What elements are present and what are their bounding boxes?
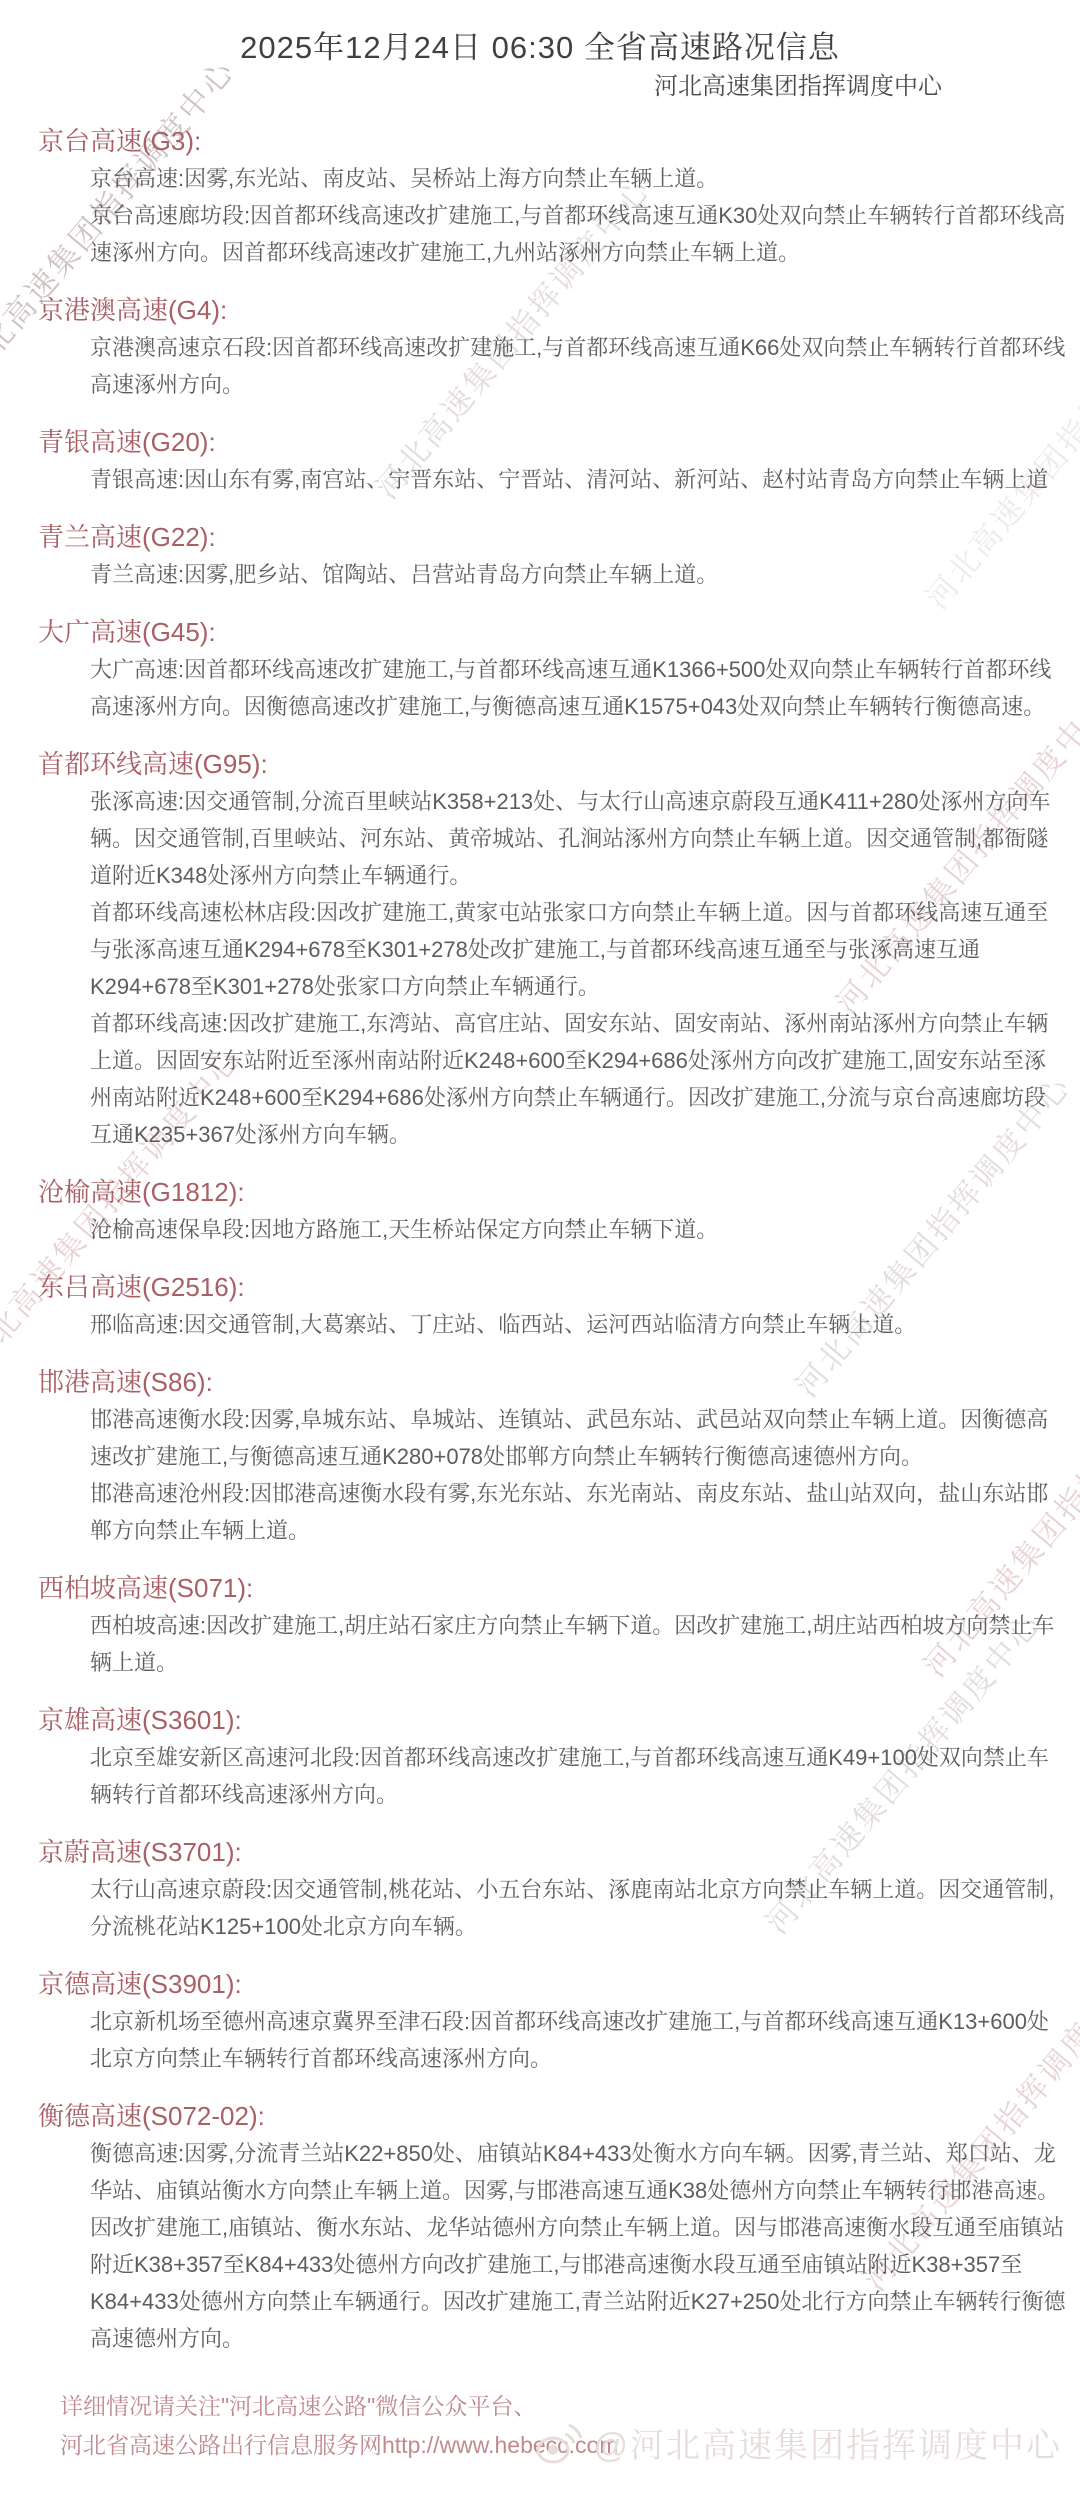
traffic-paragraph: 大广高速:因首都环线高速改扩建施工,与首都环线高速互通K1366+500处双向禁… (90, 651, 1066, 725)
weibo-credit-text: @河北高速集团指挥调度中心 (593, 2418, 1062, 2467)
highway-section: 沧榆高速(G1812): 沧榆高速保阜段:因地方路施工,天生桥站保定方向禁止车辆… (0, 1173, 1080, 1248)
highway-section: 京台高速(G3): 京台高速:因雾,东光站、南皮站、吴桥站上海方向禁止车辆上道。… (0, 122, 1080, 271)
traffic-paragraph: 京台高速廊坊段:因首都环线高速改扩建施工,与首都环线高速互通K30处双向禁止车辆… (90, 197, 1066, 271)
highway-heading: 西柏坡高速(S071): (38, 1569, 1080, 1607)
weibo-icon (533, 2420, 585, 2466)
traffic-paragraph: 邯港高速衡水段:因雾,阜城东站、阜城站、连镇站、武邑东站、武邑站双向禁止车辆上道… (90, 1401, 1066, 1475)
highway-heading: 沧榆高速(G1812): (38, 1173, 1080, 1211)
traffic-paragraph: 邢临高速:因交通管制,大葛寨站、丁庄站、临西站、运河西站临清方向禁止车辆上道。 (90, 1306, 1066, 1343)
highway-section: 邯港高速(S86): 邯港高速衡水段:因雾,阜城东站、阜城站、连镇站、武邑东站、… (0, 1363, 1080, 1549)
traffic-paragraph: 青银高速:因山东有雾,南宫站、宁晋东站、宁晋站、清河站、新河站、赵村站青岛方向禁… (90, 461, 1066, 498)
traffic-paragraph: 青兰高速:因雾,肥乡站、馆陶站、吕营站青岛方向禁止车辆上道。 (90, 556, 1066, 593)
highway-heading: 京雄高速(S3601): (38, 1701, 1080, 1739)
highway-section: 衡德高速(S072-02): 衡德高速:因雾,分流青兰站K22+850处、庙镇站… (0, 2097, 1080, 2357)
traffic-paragraph: 北京至雄安新区高速河北段:因首都环线高速改扩建施工,与首都环线高速互通K49+1… (90, 1739, 1066, 1813)
highway-heading: 大广高速(G45): (38, 613, 1080, 651)
traffic-paragraph: 京港澳高速京石段:因首都环线高速改扩建施工,与首都环线高速互通K66处双向禁止车… (90, 329, 1066, 403)
traffic-paragraph: 邯港高速沧州段:因邯港高速衡水段有雾,东光东站、东光南站、南皮东站、盐山站双向，… (90, 1475, 1066, 1549)
traffic-paragraph: 京台高速:因雾,东光站、南皮站、吴桥站上海方向禁止车辆上道。 (90, 160, 1066, 197)
highway-heading: 邯港高速(S86): (38, 1363, 1080, 1401)
issuer-name: 河北高速集团指挥调度中心 (0, 72, 1080, 102)
sections-container: 京台高速(G3): 京台高速:因雾,东光站、南皮站、吴桥站上海方向禁止车辆上道。… (0, 122, 1080, 2357)
highway-section: 西柏坡高速(S071): 西柏坡高速:因改扩建施工,胡庄站石家庄方向禁止车辆下道… (0, 1569, 1080, 1681)
bulletin-content: 2025年12月24日 06:30 全省高速路况信息 河北高速集团指挥调度中心 … (0, 0, 1080, 2465)
highway-heading: 东吕高速(G2516): (38, 1268, 1080, 1306)
weibo-credit: @河北高速集团指挥调度中心 (533, 2418, 1062, 2467)
traffic-paragraph: 西柏坡高速:因改扩建施工,胡庄站石家庄方向禁止车辆下道。因改扩建施工,胡庄站西柏… (90, 1607, 1066, 1681)
highway-section: 东吕高速(G2516): 邢临高速:因交通管制,大葛寨站、丁庄站、临西站、运河西… (0, 1268, 1080, 1343)
highway-heading: 衡德高速(S072-02): (38, 2097, 1080, 2135)
highway-heading: 青兰高速(G22): (38, 518, 1080, 556)
highway-section: 京德高速(S3901): 北京新机场至德州高速京冀界至津石段:因首都环线高速改扩… (0, 1965, 1080, 2077)
highway-heading: 青银高速(G20): (38, 423, 1080, 461)
traffic-paragraph: 张涿高速:因交通管制,分流百里峡站K358+213处、与太行山高速京蔚段互通K4… (90, 783, 1066, 894)
highway-section: 京蔚高速(S3701): 太行山高速京蔚段:因交通管制,桃花站、小五台东站、涿鹿… (0, 1833, 1080, 1945)
highway-heading: 京港澳高速(G4): (38, 291, 1080, 329)
highway-section: 青兰高速(G22): 青兰高速:因雾,肥乡站、馆陶站、吕营站青岛方向禁止车辆上道… (0, 518, 1080, 593)
highway-heading: 首都环线高速(G95): (38, 745, 1080, 783)
page-title: 2025年12月24日 06:30 全省高速路况信息 (0, 0, 1080, 70)
traffic-paragraph: 沧榆高速保阜段:因地方路施工,天生桥站保定方向禁止车辆下道。 (90, 1211, 1066, 1248)
highway-section: 大广高速(G45): 大广高速:因首都环线高速改扩建施工,与首都环线高速互通K1… (0, 613, 1080, 725)
highway-heading: 京台高速(G3): (38, 122, 1080, 160)
traffic-paragraph: 首都环线高速松林店段:因改扩建施工,黄家屯站张家口方向禁止车辆上道。因与首都环线… (90, 894, 1066, 1005)
traffic-paragraph: 衡德高速:因雾,分流青兰站K22+850处、庙镇站K84+433处衡水方向车辆。… (90, 2135, 1066, 2357)
traffic-paragraph: 首都环线高速:因改扩建施工,东湾站、高官庄站、固安东站、固安南站、涿州南站涿州方… (90, 1005, 1066, 1153)
highway-heading: 京蔚高速(S3701): (38, 1833, 1080, 1871)
traffic-paragraph: 北京新机场至德州高速京冀界至津石段:因首都环线高速改扩建施工,与首都环线高速互通… (90, 2003, 1066, 2077)
traffic-paragraph: 太行山高速京蔚段:因交通管制,桃花站、小五台东站、涿鹿南站北京方向禁止车辆上道。… (90, 1871, 1066, 1945)
highway-section: 京雄高速(S3601): 北京至雄安新区高速河北段:因首都环线高速改扩建施工,与… (0, 1701, 1080, 1813)
highway-section: 首都环线高速(G95): 张涿高速:因交通管制,分流百里峡站K358+213处、… (0, 745, 1080, 1153)
highway-heading: 京德高速(S3901): (38, 1965, 1080, 2003)
highway-section: 青银高速(G20): 青银高速:因山东有雾,南宫站、宁晋东站、宁晋站、清河站、新… (0, 423, 1080, 498)
highway-section: 京港澳高速(G4): 京港澳高速京石段:因首都环线高速改扩建施工,与首都环线高速… (0, 291, 1080, 403)
